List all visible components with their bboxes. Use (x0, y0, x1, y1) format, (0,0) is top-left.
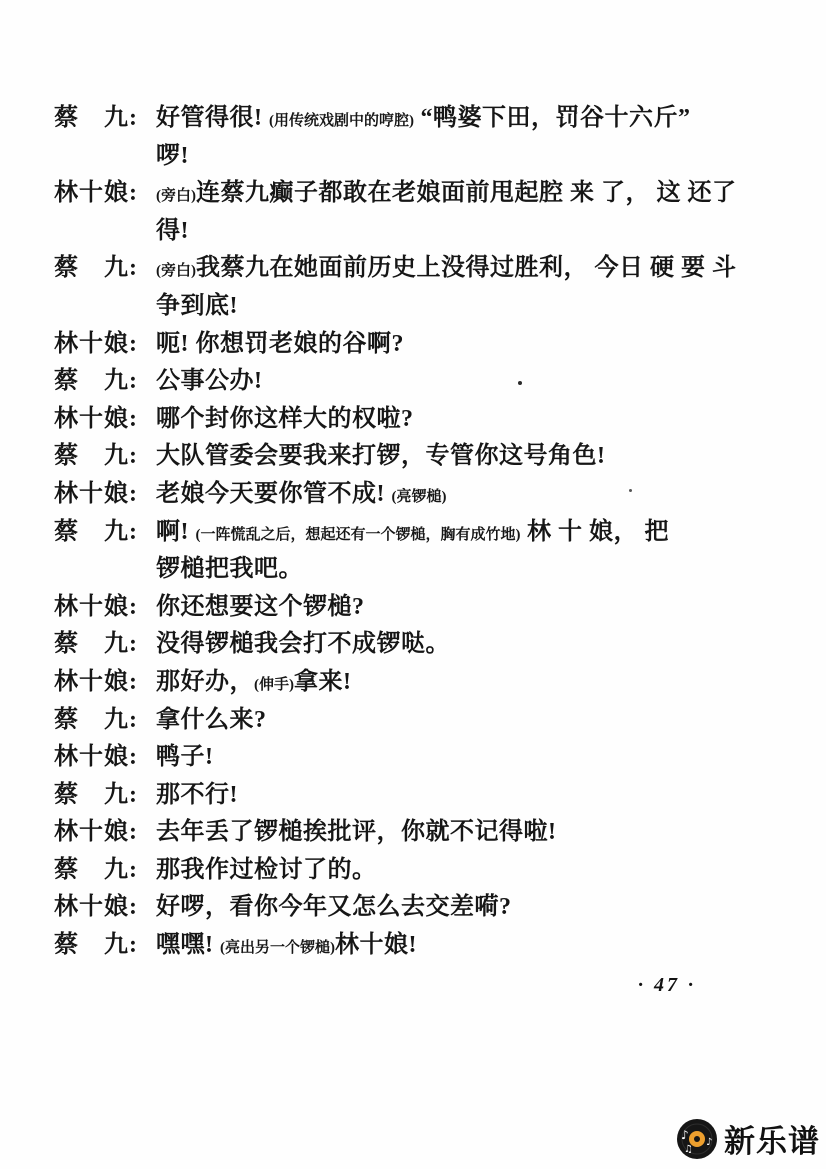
dialogue-segment: 锣槌把我吧。 (156, 556, 303, 582)
speaker-label: 蔡 九: (54, 438, 156, 476)
dialogue-text: 那好办，(伸手)拿来! (156, 664, 780, 705)
speaker-label: 蔡 九: (54, 702, 156, 740)
dialogue-text: 鸭子! (156, 739, 780, 779)
speaker-label: 蔡 九: (54, 250, 156, 288)
stage-direction: (旁白) (156, 188, 196, 204)
dialogue-segment: 拿来! (294, 669, 352, 695)
page-number: · 47 · (638, 974, 696, 997)
dialogue-line: 林十娘:鸭子! (54, 739, 780, 777)
dialogue-segment: 没得锣槌我会打不成锣哒。 (156, 631, 450, 657)
speaker-label: 林十娘: (54, 664, 156, 702)
speaker-label: 蔡 九: (54, 777, 156, 815)
dialogue-continuation-line: 锣槌把我吧。 (54, 551, 780, 589)
dialogue-segment: 啰! (156, 143, 189, 169)
dialogue-text: 锣槌把我吧。 (156, 551, 780, 591)
dialogue-segment: 我蔡九在她面前历史上没得过胜利， 今日 硬 要 斗 (196, 255, 737, 281)
scanned-page: 蔡 九:好管得很! (用传统戏剧中的哼腔) “鸭婆下田，罚谷十六斤”啰!林十娘:… (0, 0, 826, 1169)
dialogue-line: 蔡 九:大队管委会要我来打锣，专管你这号角色! (54, 438, 780, 476)
speaker-label: 林十娘: (54, 889, 156, 927)
dialogue-text: 哪个封你这样大的权啦? (156, 401, 780, 441)
dialogue-line: 蔡 九:那我作过检讨了的。 (54, 852, 780, 890)
dialogue-line: 蔡 九:嘿嘿! (亮出另一个锣槌)林十娘! (54, 927, 780, 965)
vinyl-record-icon: ♪ ♫ ♪ (675, 1117, 719, 1161)
dialogue-text: 老娘今天要你管不成! (亮锣槌) (156, 476, 780, 517)
dialogue-text: 得! (156, 213, 780, 253)
dialogue-segment: 拿什么来? (156, 707, 267, 733)
dialogue-continuation-line: 得! (54, 213, 780, 251)
dialogue-text: (旁白)我蔡九在她面前历史上没得过胜利， 今日 硬 要 斗 (156, 250, 780, 291)
dialogue-segment: 连蔡九癫子都敢在老娘面前甩起腔 来 了， 这 还了 (196, 180, 737, 206)
dialogue-segment: 那好办， (156, 669, 254, 695)
dialogue-line: 林十娘:老娘今天要你管不成! (亮锣槌) (54, 476, 780, 514)
dialogue-line: 蔡 九:(旁白)我蔡九在她面前历史上没得过胜利， 今日 硬 要 斗 (54, 250, 780, 288)
speaker-label: 林十娘: (54, 326, 156, 364)
dialogue-line: 林十娘:好啰，看你今年又怎么去交差嗬? (54, 889, 780, 927)
dialogue-text: 啊! (一阵慌乱之后，想起还有一个锣槌，胸有成竹地) 林 十 娘， 把 (156, 514, 780, 555)
dialogue-text: 啰! (156, 138, 780, 178)
dialogue-segment: 老娘今天要你管不成! (156, 481, 392, 507)
dialogue-text: 那不行! (156, 777, 780, 817)
speaker-label: 林十娘: (54, 739, 156, 777)
dialogue-line: 蔡 九:那不行! (54, 777, 780, 815)
dialogue-line: 蔡 九:啊! (一阵慌乱之后，想起还有一个锣槌，胸有成竹地) 林 十 娘， 把 (54, 514, 780, 552)
speaker-label: 蔡 九: (54, 363, 156, 401)
dialogue-line: 林十娘:那好办，(伸手)拿来! (54, 664, 780, 702)
dialogue-line: 蔡 九:没得锣槌我会打不成锣哒。 (54, 626, 780, 664)
dialogue-line: 蔡 九:公事公办! (54, 363, 780, 401)
dialogue-line: 蔡 九:好管得很! (用传统戏剧中的哼腔) “鸭婆下田，罚谷十六斤” (54, 100, 780, 138)
speaker-label: 蔡 九: (54, 514, 156, 552)
brand-watermark: ♪ ♫ ♪ 新乐谱 (675, 1116, 820, 1161)
dialogue-segment: 好管得很! (156, 105, 269, 131)
speaker-label: 林十娘: (54, 175, 156, 213)
dialogue-continuation-line: 啰! (54, 138, 780, 176)
speaker-label: 林十娘: (54, 589, 156, 627)
dialogue-line: 林十娘:哪个封你这样大的权啦? (54, 401, 780, 439)
svg-text:♫: ♫ (684, 1144, 693, 1155)
dialogue-text: (旁白)连蔡九癫子都敢在老娘面前甩起腔 来 了， 这 还了 (156, 175, 780, 216)
dialogue-segment: 好啰，看你今年又怎么去交差嗬? (156, 894, 512, 920)
dialogue-line: 林十娘:呃! 你想罚老娘的谷啊? (54, 326, 780, 364)
dialogue-segment: 鸭子! (156, 744, 214, 770)
dialogue-text: 呃! 你想罚老娘的谷啊? (156, 326, 780, 366)
dialogue-segment: 公事公办! (156, 368, 263, 394)
dialogue-text: 拿什么来? (156, 702, 780, 742)
dialogue-segment: 那不行! (156, 782, 238, 808)
dialogue-text: 争到底! (156, 288, 780, 328)
dialogue-segment: 那我作过检讨了的。 (156, 857, 377, 883)
dialogue-text: 公事公办! (156, 363, 780, 403)
script-dialogue: 蔡 九:好管得很! (用传统戏剧中的哼腔) “鸭婆下田，罚谷十六斤”啰!林十娘:… (54, 100, 780, 965)
dialogue-text: 没得锣槌我会打不成锣哒。 (156, 626, 780, 666)
speaker-label: 蔡 九: (54, 927, 156, 965)
dialogue-segment: 林 十 娘， 把 (521, 519, 670, 545)
scan-speck (518, 381, 522, 385)
speaker-label: 蔡 九: (54, 626, 156, 664)
svg-text:♪: ♪ (681, 1128, 689, 1142)
stage-direction: (用传统戏剧中的哼腔) (269, 113, 414, 129)
speaker-label: 林十娘: (54, 476, 156, 514)
dialogue-line: 林十娘:(旁白)连蔡九癫子都敢在老娘面前甩起腔 来 了， 这 还了 (54, 175, 780, 213)
stage-direction: (一阵慌乱之后，想起还有一个锣槌，胸有成竹地) (196, 527, 521, 543)
dialogue-text: 好啰，看你今年又怎么去交差嗬? (156, 889, 780, 929)
svg-text:♪: ♪ (706, 1137, 712, 1148)
dialogue-text: 那我作过检讨了的。 (156, 852, 780, 892)
speaker-label: 林十娘: (54, 814, 156, 852)
dialogue-segment: 去年丢了锣槌挨批评，你就不记得啦! (156, 819, 557, 845)
stage-direction: (旁白) (156, 263, 196, 279)
dialogue-text: 好管得很! (用传统戏剧中的哼腔) “鸭婆下田，罚谷十六斤” (156, 100, 780, 141)
dialogue-line: 蔡 九:拿什么来? (54, 702, 780, 740)
brand-name: 新乐谱 (724, 1116, 820, 1161)
speaker-label: 蔡 九: (54, 852, 156, 890)
scan-speck (629, 489, 632, 492)
dialogue-segment: 大队管委会要我来打锣，专管你这号角色! (156, 443, 606, 469)
dialogue-segment: 呃! 你想罚老娘的谷啊? (156, 331, 404, 357)
dialogue-segment: “鸭婆下田，罚谷十六斤” (414, 105, 691, 131)
speaker-label: 林十娘: (54, 401, 156, 439)
stage-direction: (亮锣槌) (392, 489, 447, 505)
stage-direction: (亮出另一个锣槌) (220, 940, 335, 956)
dialogue-segment: 你还想要这个锣槌? (156, 594, 365, 620)
speaker-label: 蔡 九: (54, 100, 156, 138)
dialogue-segment: 啊! (156, 519, 196, 545)
dialogue-segment: 林十娘! (335, 932, 417, 958)
dialogue-segment: 哪个封你这样大的权啦? (156, 406, 414, 432)
dialogue-text: 嘿嘿! (亮出另一个锣槌)林十娘! (156, 927, 780, 968)
dialogue-line: 林十娘:你还想要这个锣槌? (54, 589, 780, 627)
dialogue-continuation-line: 争到底! (54, 288, 780, 326)
dialogue-line: 林十娘:去年丢了锣槌挨批评，你就不记得啦! (54, 814, 780, 852)
dialogue-text: 去年丢了锣槌挨批评，你就不记得啦! (156, 814, 780, 854)
dialogue-text: 大队管委会要我来打锣，专管你这号角色! (156, 438, 780, 478)
dialogue-segment: 争到底! (156, 293, 238, 319)
stage-direction: (伸手) (254, 677, 294, 693)
dialogue-segment: 得! (156, 218, 189, 244)
dialogue-segment: 嘿嘿! (156, 932, 220, 958)
dialogue-text: 你还想要这个锣槌? (156, 589, 780, 629)
